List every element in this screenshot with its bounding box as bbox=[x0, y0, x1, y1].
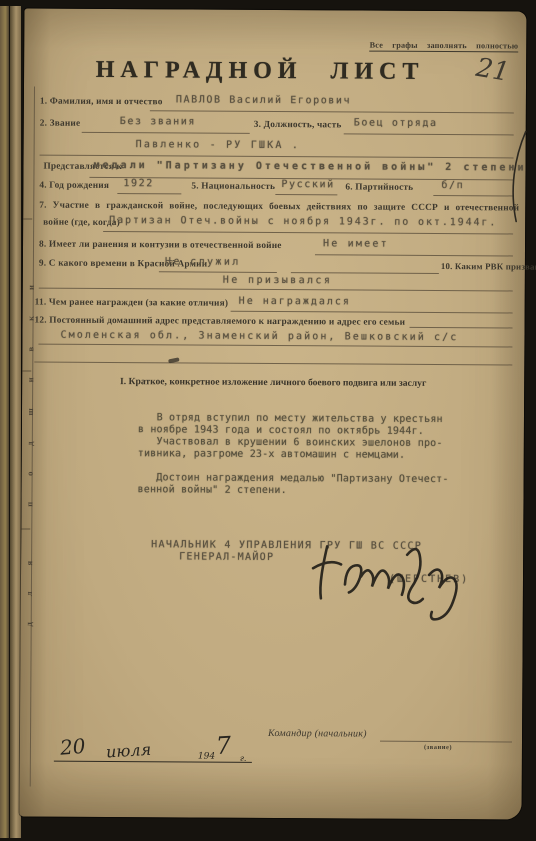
field-3-label: 3. Должность, часть bbox=[254, 120, 342, 131]
citation-heading: I. Краткое, конкретное изложение личного… bbox=[22, 375, 524, 389]
field-10-label: 10. Каким РВК призван bbox=[441, 261, 536, 272]
field-5-label: 5. Национальность bbox=[191, 181, 275, 192]
form-line bbox=[117, 193, 181, 194]
form-line bbox=[103, 231, 513, 235]
form-line bbox=[150, 110, 514, 113]
field-1-value: ПАВЛОВ Василий Егорович bbox=[176, 94, 351, 106]
filing-margin-text: для подшивки bbox=[24, 216, 37, 626]
field-3-value-continued: Павленко - РУ ГШКА . bbox=[136, 139, 300, 151]
scan-background: для подшивки Все графы заполнять полност… bbox=[0, 0, 536, 841]
form-line bbox=[38, 344, 512, 348]
document-title: НАГРАДНОЙ ЛИСТ bbox=[24, 56, 496, 86]
field-8-value: Не имеет bbox=[323, 238, 389, 249]
field-6-label: 6. Партийность bbox=[345, 182, 413, 192]
form-line bbox=[231, 311, 513, 314]
field-6-value: б/п bbox=[441, 180, 464, 191]
date-year-prefix: 194 bbox=[198, 752, 215, 762]
field-12-row: 12. Постоянный домашний адрес представля… bbox=[35, 315, 513, 329]
page-edge-strip bbox=[0, 6, 9, 838]
field-9-value: Не служил bbox=[165, 256, 241, 267]
form-line bbox=[159, 271, 277, 273]
citation-line: венной войны" 2 степени. bbox=[137, 484, 448, 498]
form-line bbox=[380, 741, 512, 743]
form-line bbox=[344, 133, 514, 135]
rank-hint: (звание) bbox=[424, 744, 452, 751]
field-11-label: 11. Чем ранее награжден (за какие отличи… bbox=[35, 298, 229, 309]
form-line bbox=[291, 272, 439, 274]
field-2-value: Без звания bbox=[120, 116, 196, 127]
field-4-label: 4. Год рождения bbox=[39, 181, 109, 191]
signature-ink bbox=[309, 538, 469, 619]
field-11-value: Не награждался bbox=[239, 296, 351, 308]
form-line bbox=[433, 195, 513, 196]
field-2-label: 2. Звание bbox=[40, 119, 81, 129]
form-line bbox=[34, 362, 512, 366]
field-1-label: 1. Фамилия, имя и отчество bbox=[40, 97, 163, 108]
form-line bbox=[409, 317, 512, 329]
form-line bbox=[82, 132, 250, 134]
form-line bbox=[275, 194, 337, 195]
page-number-handwritten: 21 bbox=[474, 53, 512, 88]
field-12-value: Смоленская обл., Знаменский район, Вешко… bbox=[60, 330, 458, 343]
date-line bbox=[54, 761, 252, 764]
field-10-value: Не призывался bbox=[223, 275, 333, 287]
date-year-digit-handwritten: 7 bbox=[215, 731, 232, 760]
field-7-value: Партизан Отеч.войны с ноября 1943г. по о… bbox=[109, 215, 497, 228]
signatory-title-line2: ГЕНЕРАЛ-МАЙОР bbox=[179, 551, 274, 563]
date-day-handwritten: 20 bbox=[59, 734, 86, 760]
field-5-value: Русский bbox=[281, 179, 334, 190]
presented-for-value: медали "Партизану Отечественной войны" 2… bbox=[93, 160, 526, 174]
document-page: для подшивки Все графы заполнять полност… bbox=[20, 8, 527, 819]
field-8-label: 8. Имеет ли ранения и контузии в отечест… bbox=[39, 240, 282, 251]
field-7-label-line1: 7. Участие в гражданской войне, последую… bbox=[39, 201, 519, 214]
form-line bbox=[39, 288, 513, 292]
form-line bbox=[40, 155, 514, 159]
field-3-value: Боец отряда bbox=[354, 117, 438, 129]
citation-body: В отряд вступил по месту жительства у кр… bbox=[137, 412, 449, 498]
date-suffix: г. bbox=[240, 754, 247, 763]
header-instruction: Все графы заполнять полностью bbox=[370, 41, 519, 53]
commander-label: Командир (начальник) bbox=[268, 728, 367, 740]
field-12-label: 12. Постоянный домашний адрес представля… bbox=[35, 316, 406, 328]
field-4-value: 1922 bbox=[123, 178, 154, 189]
margin-ink-mark bbox=[505, 129, 530, 224]
form-line bbox=[315, 254, 513, 256]
date-month-handwritten: июля bbox=[105, 740, 151, 762]
